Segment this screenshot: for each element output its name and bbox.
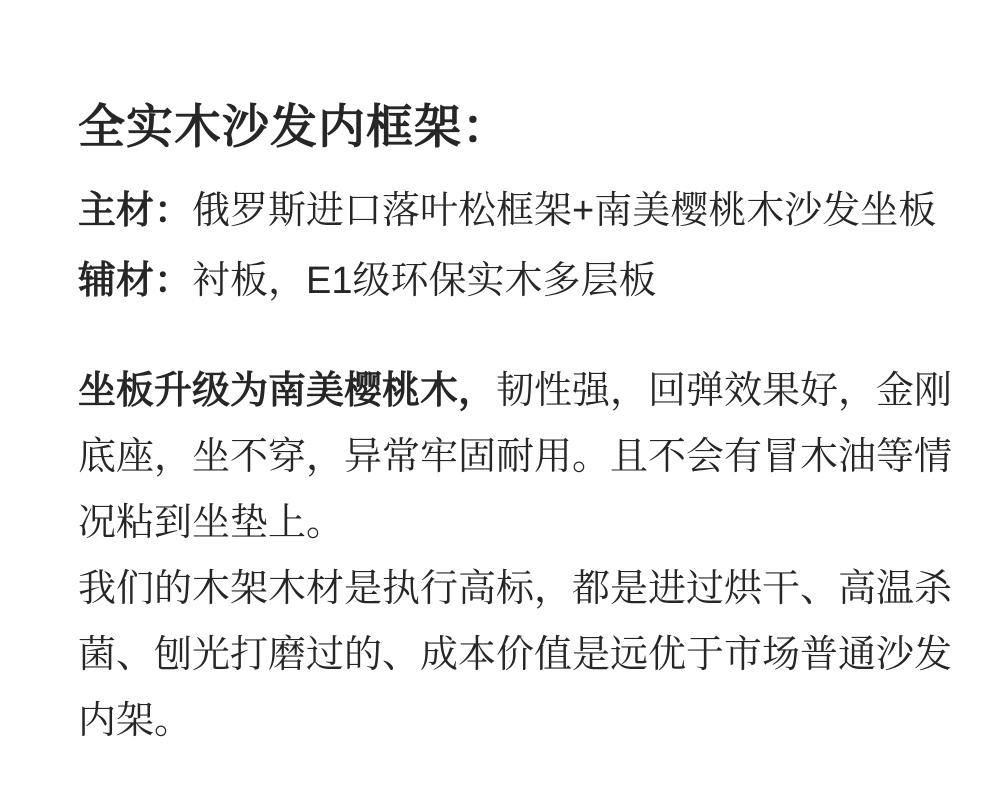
spec-value-aux-material: 衬板，E1级环保实木多层板 <box>192 260 656 302</box>
text-content: 全实木沙发内框架： 主材：俄罗斯进口落叶松框架+南美樱桃木沙发坐板 辅材：衬板，… <box>0 0 1000 754</box>
paragraph-bold-lead: 坐板升级为南美樱桃木， <box>78 370 496 412</box>
spec-label-aux-material: 辅材： <box>78 260 192 302</box>
spec-row-aux-material: 辅材：衬板，E1级环保实木多层板 <box>78 246 945 316</box>
paragraph-line: 内架。 <box>78 688 945 754</box>
spec-list: 主材：俄罗斯进口落叶松框架+南美樱桃木沙发坐板 辅材：衬板，E1级环保实木多层板 <box>78 176 945 316</box>
page-title: 全实木沙发内框架： <box>78 100 945 154</box>
product-description-page: 全实木沙发内框架： 主材：俄罗斯进口落叶松框架+南美樱桃木沙发坐板 辅材：衬板，… <box>0 0 1000 805</box>
spec-row-main-material: 主材：俄罗斯进口落叶松框架+南美樱桃木沙发坐板 <box>78 176 945 246</box>
paragraph-line: 我们的木架木材是执行高标，都是进过烘干、高温杀 <box>78 556 945 622</box>
description-paragraph: 坐板升级为南美樱桃木，韧性强，回弹效果好，金刚 底座，坐不穿，异常牢固耐用。且不… <box>78 358 945 754</box>
spec-label-main-material: 主材： <box>78 190 192 232</box>
paragraph-line: 菌、刨光打磨过的、成本价值是远优于市场普通沙发 <box>78 622 945 688</box>
paragraph-line: 底座，坐不穿，异常牢固耐用。且不会有冒木油等情 <box>78 424 945 490</box>
spec-value-main-material: 俄罗斯进口落叶松框架+南美樱桃木沙发坐板 <box>192 190 936 232</box>
paragraph-line-rest: 韧性强，回弹效果好，金刚 <box>496 370 952 412</box>
paragraph-line: 况粘到坐垫上。 <box>78 490 945 556</box>
paragraph-line: 坐板升级为南美樱桃木，韧性强，回弹效果好，金刚 <box>78 358 945 424</box>
